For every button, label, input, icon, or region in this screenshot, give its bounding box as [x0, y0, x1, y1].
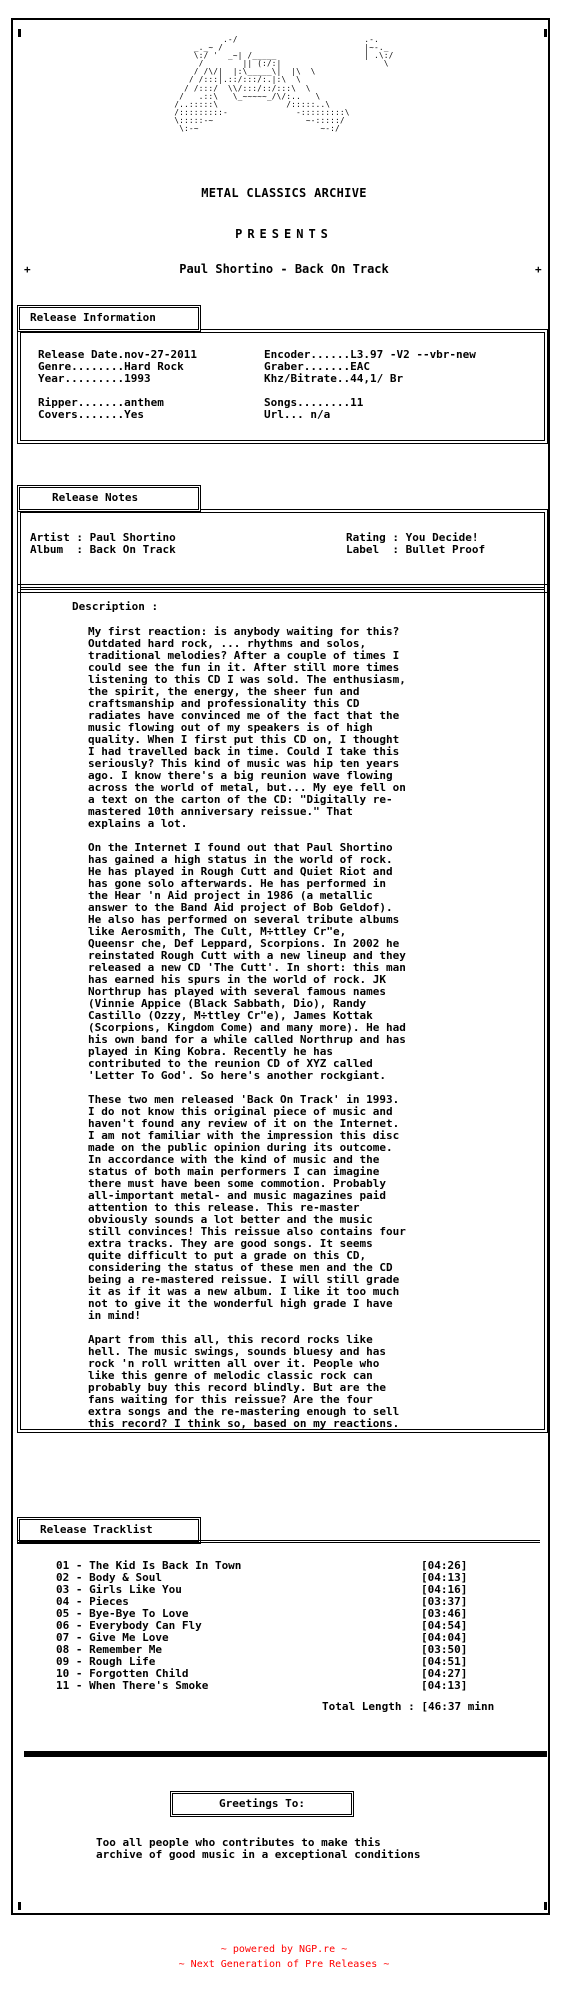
ascii-logo-icon: .-/ .-. _._~ / |~-._ \:/ ' _~| /_____ | … [0, 36, 568, 135]
release-notes-tab: Release Notes [17, 485, 201, 512]
archive-name: METAL CLASSICS ARCHIVE [0, 186, 568, 200]
description-text: My first reaction: is anybody waiting fo… [88, 626, 406, 1442]
total-length: Total Length : [46:37 minn [322, 1701, 494, 1713]
tracklist-rule [17, 1540, 540, 1543]
album-value: Back On Track [90, 543, 176, 556]
footer-powered-by: ~ powered by NGP.re ~ [0, 1944, 568, 1955]
presents-heading: PRESENTS [0, 227, 568, 241]
info-field: Url... n/a [264, 409, 330, 421]
tracklist: 01 - The Kid Is Back In Town[04:26]02 - … [56, 1560, 467, 1692]
info-row: Year.........1993Khz/Bitrate..44,1/ Br [38, 373, 476, 385]
section-divider [24, 1751, 547, 1757]
tab-label: Release Notes [52, 491, 138, 504]
info-field: Khz/Bitrate..44,1/ Br [264, 373, 403, 385]
release-title: Paul Shortino - Back On Track [0, 262, 568, 276]
corner-marker [544, 1902, 547, 1910]
info-field: Covers.......Yes [38, 409, 264, 421]
record-label-value: Bullet Proof [406, 543, 485, 556]
description-paragraph: Apart from this all, this record rocks l… [88, 1334, 406, 1430]
footer-tagline: ~ Next Generation of Pre Releases ~ [0, 1959, 568, 1970]
greetings-text: Too all people who contributes to make t… [96, 1837, 421, 1861]
record-label-label: Label : [346, 543, 406, 556]
plus-marker: + [535, 263, 542, 276]
track-title: 11 - When There's Smoke [56, 1680, 421, 1692]
description-paragraph: These two men released 'Back On Track' i… [88, 1094, 406, 1322]
track-length: [04:13] [421, 1680, 467, 1692]
album-line: Album : Back On Track [30, 544, 176, 556]
description-paragraph: On the Internet I found out that Paul Sh… [88, 842, 406, 1082]
release-information-fields: Release Date.nov-27-2011Encoder......L3.… [38, 349, 476, 421]
info-row: Covers.......YesUrl... n/a [38, 409, 476, 421]
tab-label: Release Tracklist [40, 1523, 153, 1536]
greetings-title: Greetings To: [219, 1797, 305, 1810]
release-information-tab: Release Information [17, 305, 201, 332]
greetings-title-box: Greetings To: [170, 1791, 354, 1817]
info-field: Year.........1993 [38, 373, 264, 385]
description-label: Description : [72, 601, 158, 613]
tab-label: Release Information [30, 311, 156, 324]
track-row: 11 - When There's Smoke[04:13] [56, 1680, 467, 1692]
corner-marker [18, 1902, 21, 1910]
label-line: Label : Bullet Proof [346, 544, 485, 556]
description-paragraph: My first reaction: is anybody waiting fo… [88, 626, 406, 830]
album-label: Album : [30, 543, 90, 556]
